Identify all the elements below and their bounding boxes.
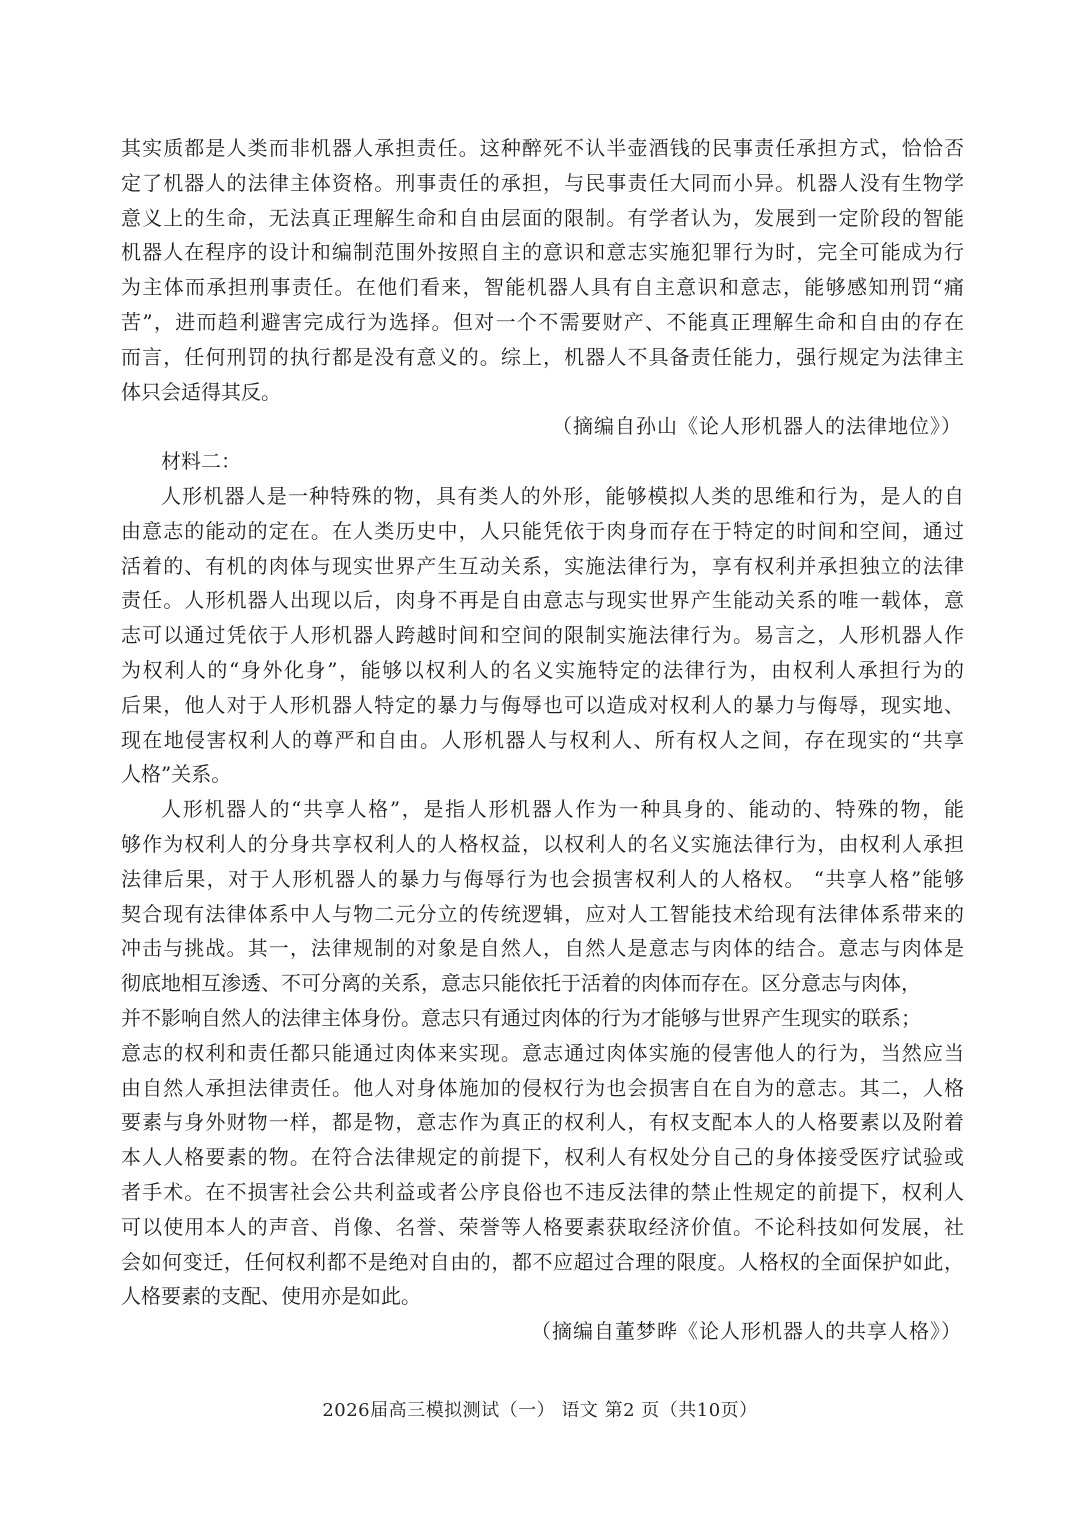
text-line: 苦”，进而趋利避害完成行为选择。但对一个不需要财产、不能真正理解生命和自由的存在 [121,305,964,340]
text-line: 人形机器人是一种特殊的物，具有类人的外形，能够模拟人类的思维和行为，是人的自 [121,479,964,514]
text-line: 法律后果，对于人形机器人的暴力与侮辱行为也会损害权利人的人格权。 “共享人格”能… [121,862,964,897]
citation-material-one: （摘编自孙山《论人形机器人的法律地位》） [121,409,964,444]
text-line: 而言，任何刑罚的执行都是没有意义的。综上，机器人不具备责任能力，强行规定为法律主 [121,340,964,375]
text-line: 人格”关系。 [121,757,964,792]
text-line: 意义上的生命，无法真正理解生命和自由层面的限制。有学者认为，发展到一定阶段的智能 [121,201,964,236]
citation-material-two: （摘编自董梦晔《论人形机器人的共享人格》） [121,1314,964,1349]
text-line: 体只会适得其反。 [121,375,964,410]
text-line: 可以使用本人的声音、肖像、名誉、荣誉等人格要素获取经济价值。不论科技如何发展，社 [121,1210,964,1245]
material-two-heading: 材料二： [121,444,964,479]
text-line: 人形机器人的“共享人格”，是指人形机器人作为一种具身的、能动的、特殊的物，能 [121,792,964,827]
text-line: 冲击与挑战。其一，法律规制的对象是自然人，自然人是意志与肉体的结合。意志与肉体是 [121,931,964,966]
text-line: 机器人在程序的设计和编制范围外按照自主的意识和意志实施犯罪行为时，完全可能成为行 [121,235,964,270]
text-line: 者手术。在不损害社会公共利益或者公序良俗也不违反法律的禁止性规定的前提下，权利人 [121,1175,964,1210]
text-line: 现在地侵害权利人的尊严和自由。人形机器人与权利人、所有权人之间，存在现实的“共享 [121,723,964,758]
text-line: 会如何变迁，任何权利都不是绝对自由的，都不应超过合理的限度。人格权的全面保护如此… [121,1245,964,1280]
text-line: 定了机器人的法律主体资格。刑事责任的承担，与民事责任大同而小异。机器人没有生物学 [121,166,964,201]
text-line: 够作为权利人的分身共享权利人的人格权益，以权利人的名义实施法律行为，由权利人承担 [121,827,964,862]
text-line: 要素与身外财物一样，都是物，意志作为真正的权利人，有权支配本人的人格要素以及附着 [121,1105,964,1140]
text-line: 为权利人的“身外化身”，能够以权利人的名义实施特定的法律行为，由权利人承担行为的 [121,653,964,688]
text-line: 意志的权利和责任都只能通过肉体来实现。意志通过肉体实施的侵害他人的行为，当然应当 [121,1036,964,1071]
material-two-paragraph-2: 人形机器人的“共享人格”，是指人形机器人作为一种具身的、能动的、特殊的物，能 够… [121,792,964,1349]
text-line: 责任。人形机器人出现以后，肉身不再是自由意志与现实世界产生能动关系的唯一载体，意 [121,583,964,618]
text-line: 本人人格要素的物。在符合法律规定的前提下，权利人有权处分自己的身体接受医疗试验或 [121,1140,964,1175]
material-two-paragraph-1: 人形机器人是一种特殊的物，具有类人的外形，能够模拟人类的思维和行为，是人的自 由… [121,479,964,792]
text-line: 人格要素的支配、使用亦是如此。 [121,1279,964,1314]
text-line: 由自然人承担法律责任。他人对身体施加的侵权行为也会损害自在自为的意志。其二，人格 [121,1071,964,1106]
material-one-tail: 其实质都是人类而非机器人承担责任。这种醉死不认半壶酒钱的民事责任承担方式，恰恰否… [121,131,964,444]
text-line: 其实质都是人类而非机器人承担责任。这种醉死不认半壶酒钱的民事责任承担方式，恰恰否 [121,131,964,166]
text-line: 彻底地相互渗透、不可分离的关系，意志只能依托于活着的肉体而存在。区分意志与肉体， [121,966,964,1001]
page-footer: 2026届高三模拟测试（一） 语文 第2 页（共10页） [0,1396,1080,1422]
text-line: 后果，他人对于人形机器人特定的暴力与侮辱也可以造成对权利人的暴力与侮辱，现实地、 [121,688,964,723]
text-line: 并不影响自然人的法律主体身份。意志只有通过肉体的行为才能够与世界产生现实的联系； [121,1001,964,1036]
text-line: 活着的、有机的肉体与现实世界产生互动关系，实施法律行为，享有权利并承担独立的法律 [121,549,964,584]
text-line: 契合现有法律体系中人与物二元分立的传统逻辑，应对人工智能技术给现有法律体系带来的 [121,897,964,932]
document-page: 其实质都是人类而非机器人承担责任。这种醉死不认半壶酒钱的民事责任承担方式，恰恰否… [121,131,964,1349]
text-line: 为主体而承担刑事责任。在他们看来，智能机器人具有自主意识和意志，能够感知刑罚“痛 [121,270,964,305]
text-line: 志可以通过凭依于人形机器人跨越时间和空间的限制实施法律行为。易言之，人形机器人作 [121,618,964,653]
text-line: 由意志的能动的定在。在人类历史中，人只能凭依于肉身而存在于特定的时间和空间，通过 [121,514,964,549]
